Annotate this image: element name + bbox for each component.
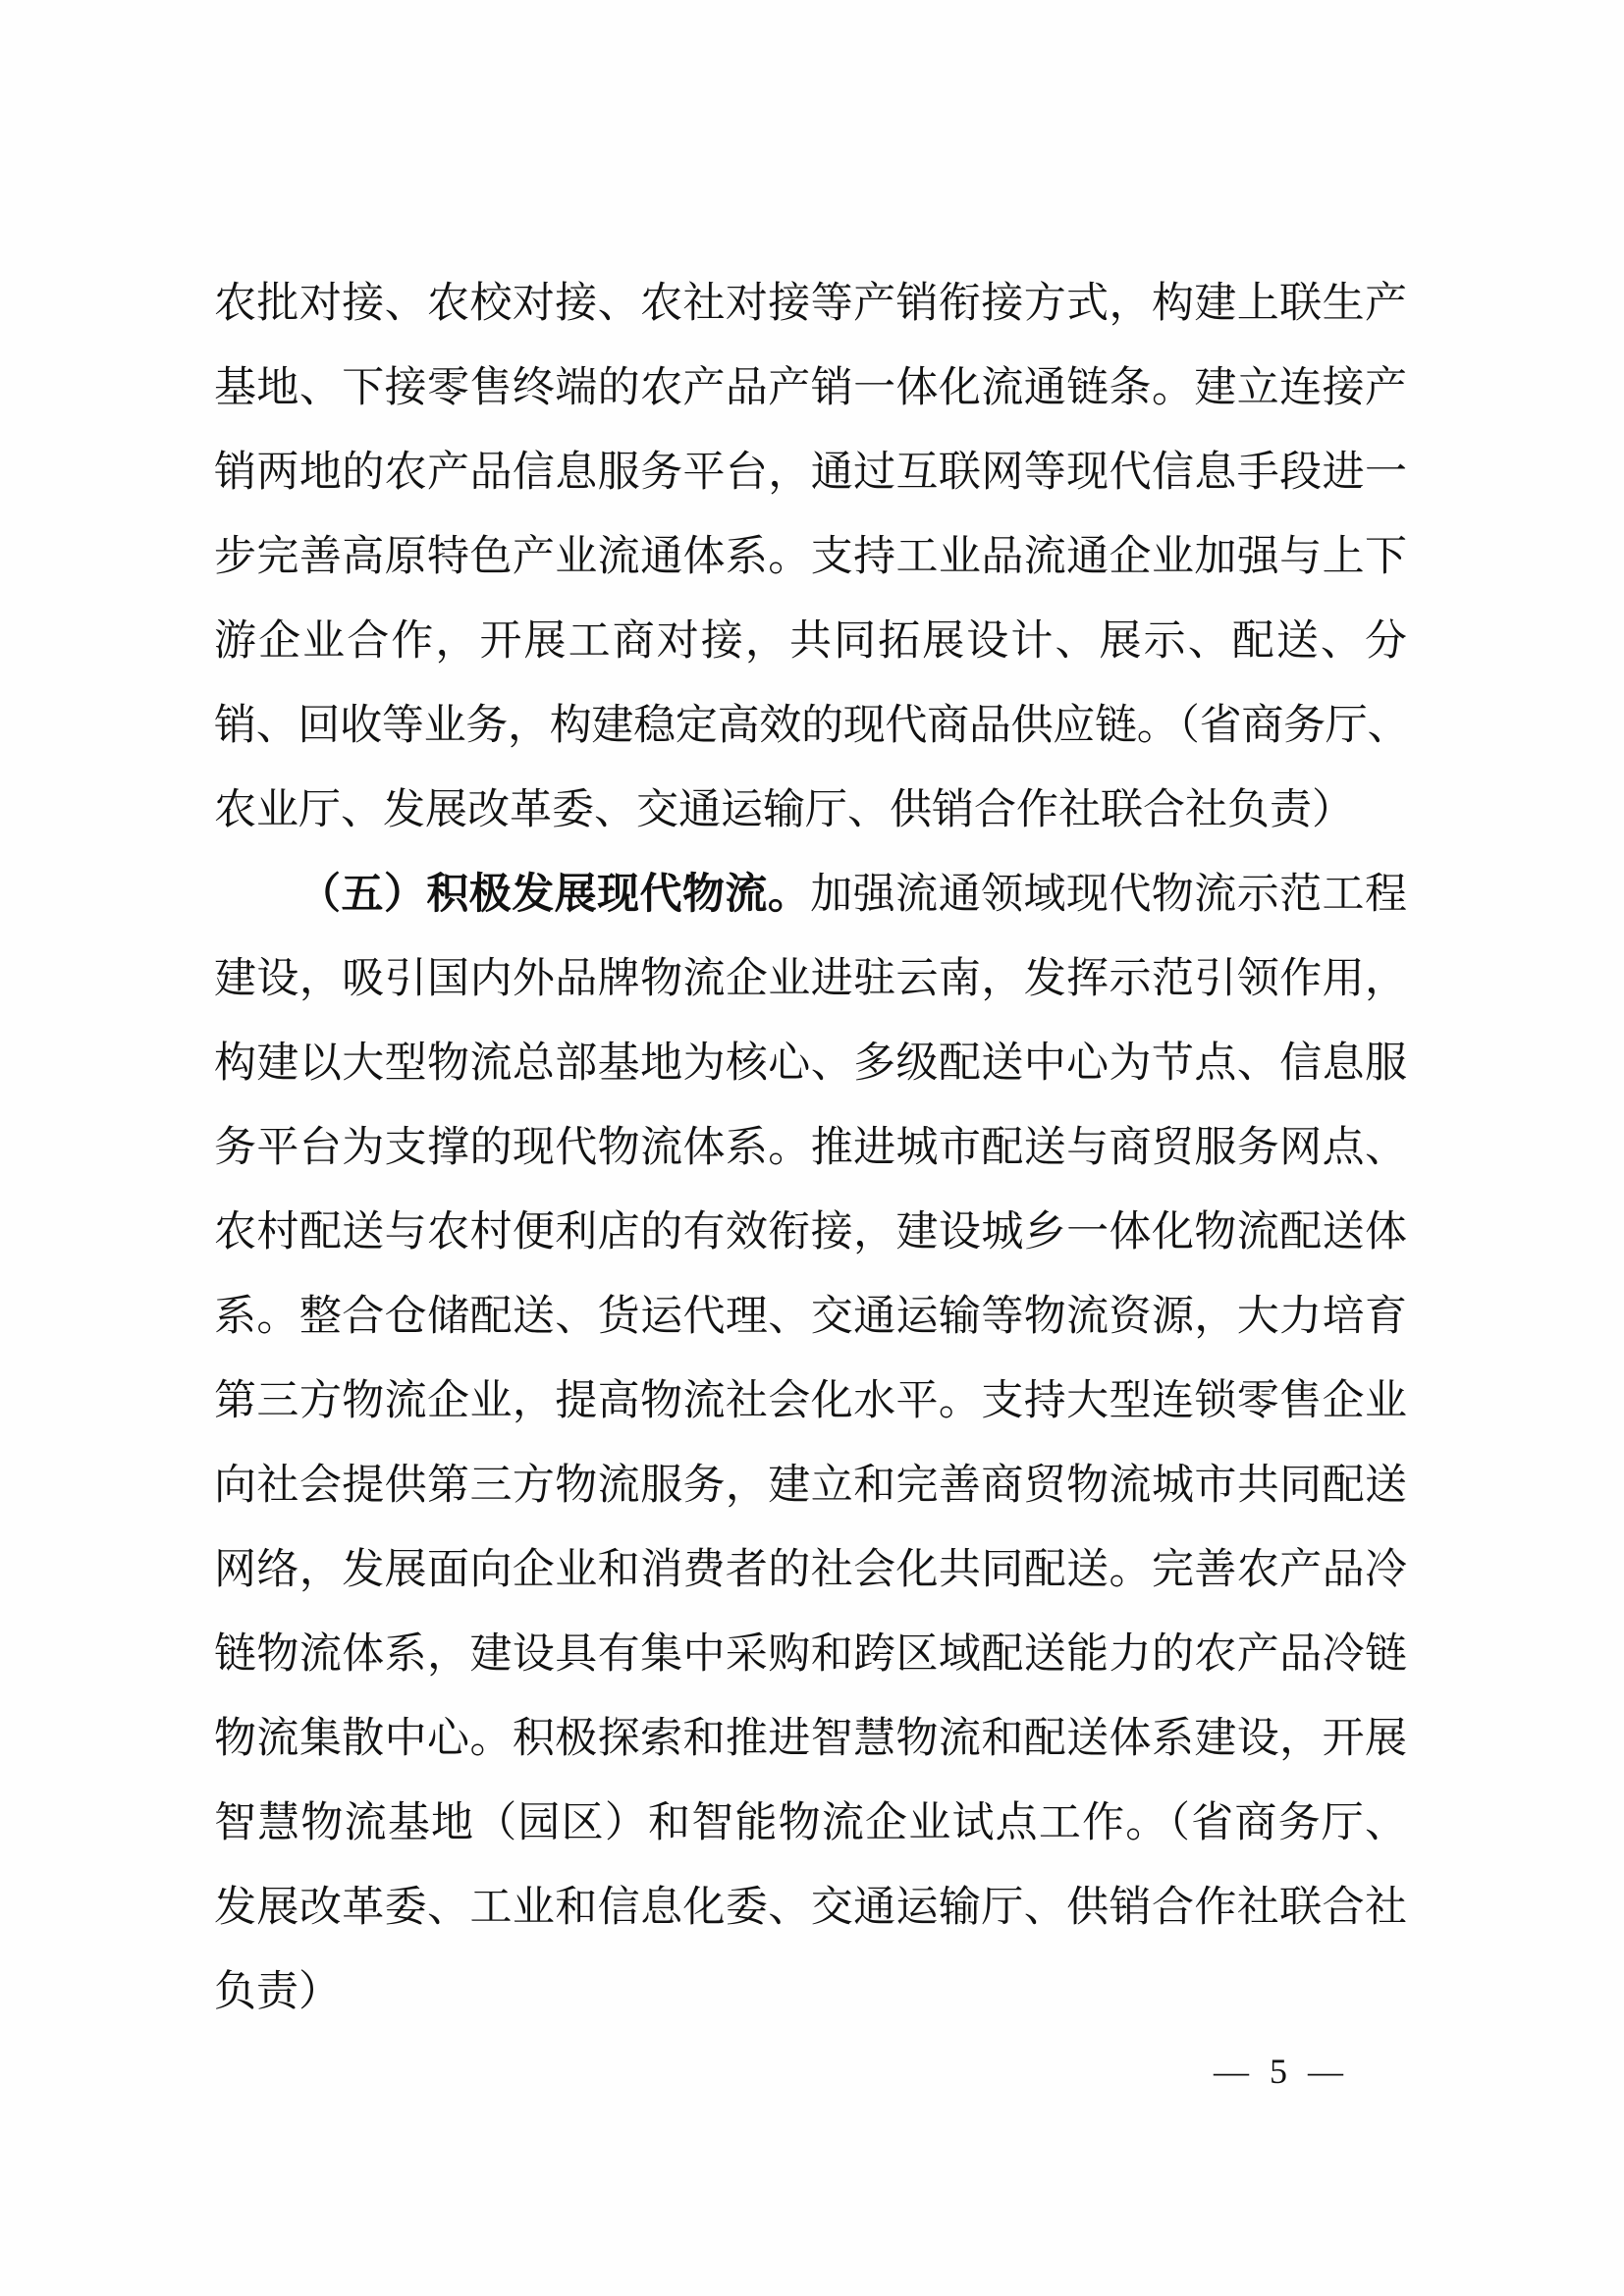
text-line: （五）积极发展现代物流。加强流通领域现代物流示范工程 [214,853,1407,937]
text-line: 农村配送与农村便利店的有效衔接，建设城乡一体化物流配送体 [214,1191,1407,1275]
text-line: 第三方物流企业，提高物流社会化水平。支持大型连锁零售企业 [214,1360,1407,1444]
text-line: 构建以大型物流总部基地为核心、多级配送中心为节点、信息服 [214,1022,1407,1106]
document-body: 农批对接、农校对接、农社对接等产销衔接方式，构建上联生产 基地、下接零售终端的农… [214,262,1407,2035]
text-line: 务平台为支撑的现代物流体系。推进城市配送与商贸服务网点、 [214,1106,1407,1191]
text-line-continuation: 加强流通领域现代物流示范工程 [810,872,1407,918]
text-line: 负责） [214,1950,1407,2035]
text-line: 农批对接、农校对接、农社对接等产销衔接方式，构建上联生产 [214,262,1407,347]
text-line: 智慧物流基地（园区）和智能物流企业试点工作。（省商务厅、 [214,1782,1407,1866]
page-number: — 5 — [1214,2044,1349,2099]
text-line: 链物流体系，建设具有集中采购和跨区域配送能力的农产品冷链 [214,1613,1407,1697]
text-line: 向社会提供第三方物流服务，建立和完善商贸物流城市共同配送 [214,1444,1407,1528]
section-heading: （五）积极发展现代物流。 [298,872,810,918]
text-line: 农业厅、发展改革委、交通运输厅、供销合作社联合社负责） [214,769,1407,853]
text-line: 游企业合作，开展工商对接，共同拓展设计、展示、配送、分 [214,600,1407,684]
text-line: 步完善高原特色产业流通体系。支持工业品流通企业加强与上下 [214,515,1407,600]
document-page: 农批对接、农校对接、农社对接等产销衔接方式，构建上联生产 基地、下接零售终端的农… [0,0,1624,2296]
text-line: 销两地的农产品信息服务平台，通过互联网等现代信息手段进一 [214,431,1407,515]
text-line: 网络，发展面向企业和消费者的社会化共同配送。完善农产品冷 [214,1528,1407,1613]
text-line: 建设，吸引国内外品牌物流企业进驻云南，发挥示范引领作用， [214,937,1407,1022]
text-line: 系。整合仓储配送、货运代理、交通运输等物流资源，大力培育 [214,1275,1407,1360]
text-line: 基地、下接零售终端的农产品产销一体化流通链条。建立连接产 [214,347,1407,431]
text-line: 销、回收等业务，构建稳定高效的现代商品供应链。（省商务厅、 [214,684,1407,769]
text-line: 发展改革委、工业和信息化委、交通运输厅、供销合作社联合社 [214,1866,1407,1950]
text-line: 物流集散中心。积极探索和推进智慧物流和配送体系建设，开展 [214,1697,1407,1782]
